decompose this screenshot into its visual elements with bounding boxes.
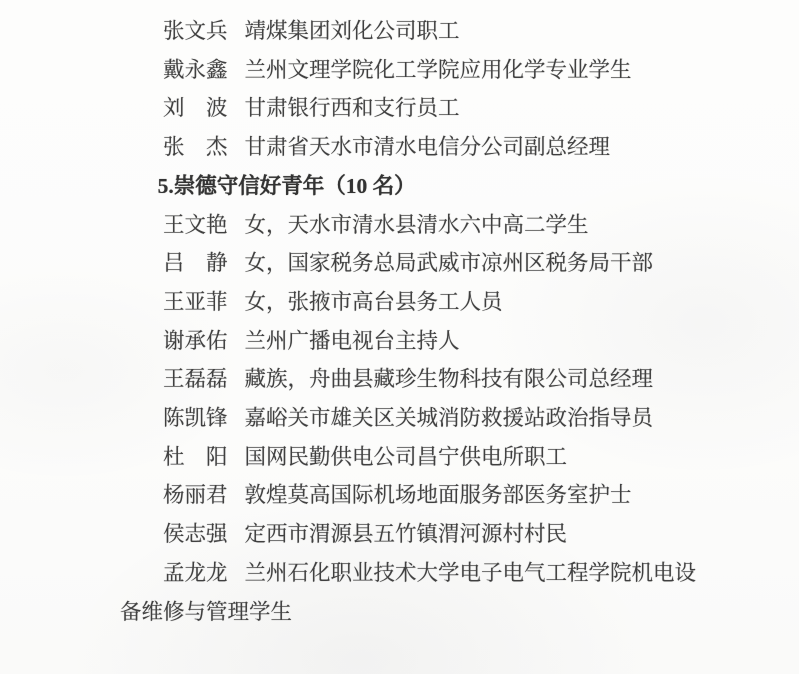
- list-item: 吕 静女，国家税务总局武威市凉州区税务局干部: [120, 244, 710, 283]
- person-name: 谢承佑: [163, 329, 228, 353]
- list-item: 王磊磊藏族，舟曲县藏珍生物科技有限公司总经理: [120, 360, 710, 399]
- list-item: 孟龙龙兰州石化职业技术大学电子电气工程学院机电设备维修与管理学生: [120, 554, 710, 631]
- section-heading: 5.崇德守信好青年（10 名）: [120, 167, 710, 206]
- person-name: 王文艳: [163, 213, 228, 237]
- person-description: 嘉峪关市雄关区关城消防救援站政治指导员: [245, 406, 654, 430]
- person-description: 甘肃省天水市清水电信分公司副总经理: [245, 135, 611, 159]
- person-name: 王亚菲: [163, 290, 228, 314]
- list-item: 张文兵靖煤集团刘化公司职工: [120, 12, 710, 51]
- list-item: 戴永鑫兰州文理学院化工学院应用化学专业学生: [120, 51, 710, 90]
- list-item: 谢承佑兰州广播电视台主持人: [120, 322, 710, 361]
- person-description: 定西市渭源县五竹镇渭河源村村民: [245, 522, 568, 546]
- list-item: 刘 波甘肃银行西和支行员工: [120, 89, 710, 128]
- person-name: 张 杰: [163, 135, 228, 159]
- person-name: 王磊磊: [163, 367, 228, 391]
- person-name: 杨丽君: [163, 483, 228, 507]
- list-item: 王亚菲女，张掖市高台县务工人员: [120, 283, 710, 322]
- list-item: 侯志强定西市渭源县五竹镇渭河源村村民: [120, 515, 710, 554]
- list-item: 杜 阳国网民勤供电公司昌宁供电所职工: [120, 438, 710, 477]
- person-description: 靖煤集团刘化公司职工: [245, 19, 460, 43]
- list-item: 杨丽君敦煌莫高国际机场地面服务部医务室护士: [120, 476, 710, 515]
- person-name: 戴永鑫: [163, 58, 228, 82]
- person-description: 女，天水市清水县清水六中高二学生: [245, 213, 589, 237]
- person-description: 女，张掖市高台县务工人员: [245, 290, 503, 314]
- person-description: 敦煌莫高国际机场地面服务部医务室护士: [245, 483, 632, 507]
- scanned-document-page: 张文兵靖煤集团刘化公司职工戴永鑫兰州文理学院化工学院应用化学专业学生刘 波甘肃银…: [0, 0, 799, 674]
- person-description: 兰州广播电视台主持人: [245, 329, 460, 353]
- person-name: 张文兵: [163, 19, 228, 43]
- person-description: 甘肃银行西和支行员工: [245, 96, 460, 120]
- list-item: 陈凯锋嘉峪关市雄关区关城消防救援站政治指导员: [120, 399, 710, 438]
- person-name: 孟龙龙: [163, 561, 228, 585]
- section-entries: 王文艳女，天水市清水县清水六中高二学生吕 静女，国家税务总局武威市凉州区税务局干…: [120, 206, 710, 632]
- person-description: 兰州文理学院化工学院应用化学专业学生: [245, 58, 632, 82]
- person-name: 吕 静: [163, 251, 228, 275]
- list-item: 张 杰甘肃省天水市清水电信分公司副总经理: [120, 128, 710, 167]
- person-name: 刘 波: [163, 96, 228, 120]
- list-item: 王文艳女，天水市清水县清水六中高二学生: [120, 206, 710, 245]
- person-name: 杜 阳: [163, 445, 228, 469]
- person-description: 藏族，舟曲县藏珍生物科技有限公司总经理: [245, 367, 654, 391]
- entries-before-section: 张文兵靖煤集团刘化公司职工戴永鑫兰州文理学院化工学院应用化学专业学生刘 波甘肃银…: [120, 12, 710, 167]
- person-name: 陈凯锋: [163, 406, 228, 430]
- person-description: 女，国家税务总局武威市凉州区税务局干部: [245, 251, 654, 275]
- person-description: 国网民勤供电公司昌宁供电所职工: [245, 445, 568, 469]
- award-name-list: 张文兵靖煤集团刘化公司职工戴永鑫兰州文理学院化工学院应用化学专业学生刘 波甘肃银…: [0, 0, 710, 631]
- person-name: 侯志强: [163, 522, 228, 546]
